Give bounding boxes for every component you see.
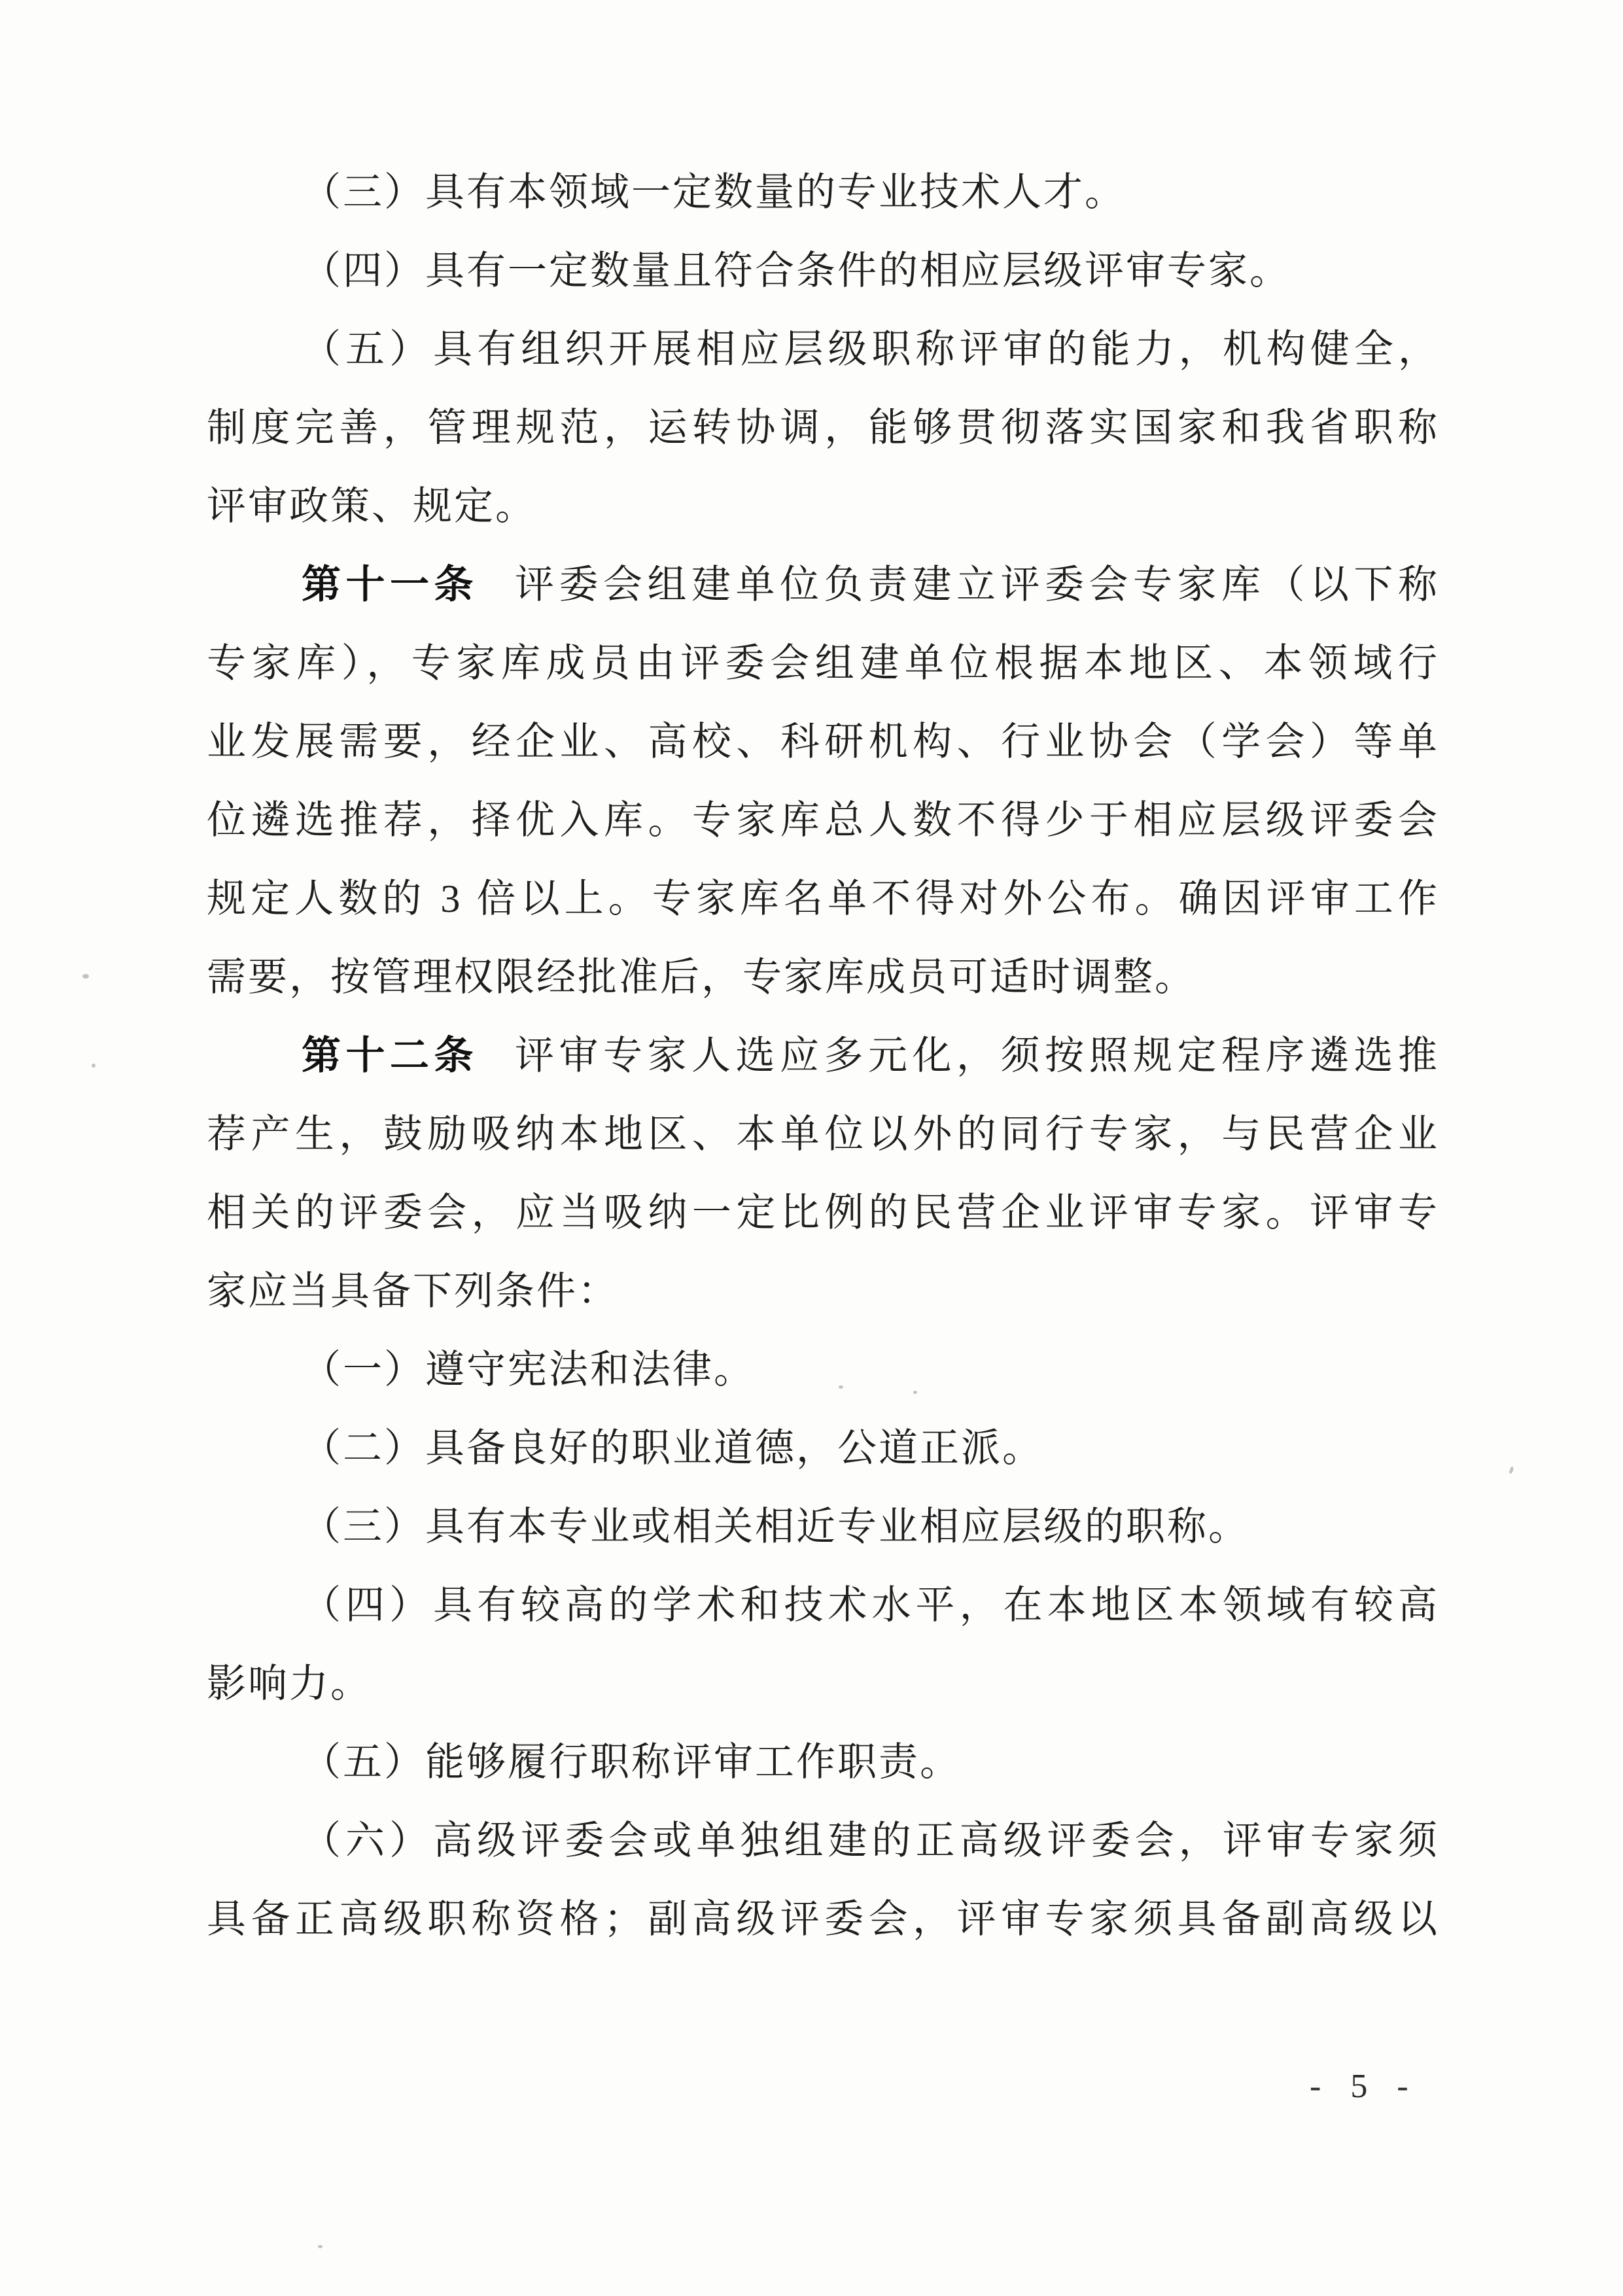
scan-speck <box>92 1064 96 1068</box>
text-line: 评审政策、规定。 <box>207 467 1439 546</box>
text-line: （四）具有较高的学术和技术水平，在本地区本领域有较高 <box>207 1566 1439 1644</box>
text-line: 需要，按管理权限经批准后，专家库成员可适时调整。 <box>207 938 1439 1017</box>
text-line: （五）能够履行职称评审工作职责。 <box>207 1723 1439 1801</box>
text-line: （六）高级评委会或单独组建的正高级评委会，评审专家须 <box>207 1801 1439 1880</box>
scan-speck <box>839 1385 843 1389</box>
text-line: 专家库），专家库成员由评委会组建单位根据本地区、本领域行 <box>207 624 1439 703</box>
scan-speck <box>318 2245 323 2248</box>
scan-speck <box>82 974 89 979</box>
text-line: 相关的评委会，应当吸纳一定比例的民营企业评审专家。评审专 <box>207 1174 1439 1252</box>
text-line: 位遴选推荐，择优入库。专家库总人数不得少于相应层级评委会 <box>207 781 1439 860</box>
text-line: （三）具有本专业或相关相近专业相应层级的职称。 <box>207 1487 1439 1566</box>
text-line: 荐产生，鼓励吸纳本地区、本单位以外的同行专家，与民营企业 <box>207 1095 1439 1174</box>
document-body: （三）具有本领域一定数量的专业技术人才。（四）具有一定数量且符合条件的相应层级评… <box>207 153 1439 1958</box>
article-number-heading: 第十二条 <box>302 1034 478 1077</box>
text-line: 影响力。 <box>207 1644 1439 1723</box>
text-line: 制度完善，管理规范，运转协调，能够贯彻落实国家和我省职称 <box>207 389 1439 467</box>
article-line: 第十一条评委会组建单位负责建立评委会专家库（以下称 <box>207 546 1439 624</box>
scan-speck <box>913 1391 917 1394</box>
text-line: （一）遵守宪法和法律。 <box>207 1331 1439 1409</box>
text-line: （二）具备良好的职业道德，公道正派。 <box>207 1409 1439 1487</box>
document-page: （三）具有本领域一定数量的专业技术人才。（四）具有一定数量且符合条件的相应层级评… <box>0 0 1623 2296</box>
text-line: 家应当具备下列条件： <box>207 1252 1439 1331</box>
text-line: 业发展需要，经企业、高校、科研机构、行业协会（学会）等单 <box>207 703 1439 781</box>
article-line: 第十二条评审专家人选应多元化，须按照规定程序遴选推 <box>207 1017 1439 1095</box>
text-line: （五）具有组织开展相应层级职称评审的能力，机构健全， <box>207 310 1439 389</box>
text-line: （四）具有一定数量且符合条件的相应层级评审专家。 <box>207 232 1439 310</box>
page-number: - 5 - <box>1310 2067 1419 2106</box>
article-number-heading: 第十一条 <box>302 563 478 606</box>
text-line: 规定人数的 3 倍以上。专家库名单不得对外公布。确因评审工作 <box>207 860 1439 938</box>
text-line: （三）具有本领域一定数量的专业技术人才。 <box>207 153 1439 232</box>
text-line: 具备正高级职称资格；副高级评委会，评审专家须具备副高级以 <box>207 1880 1439 1958</box>
scan-speck <box>1509 1466 1514 1474</box>
